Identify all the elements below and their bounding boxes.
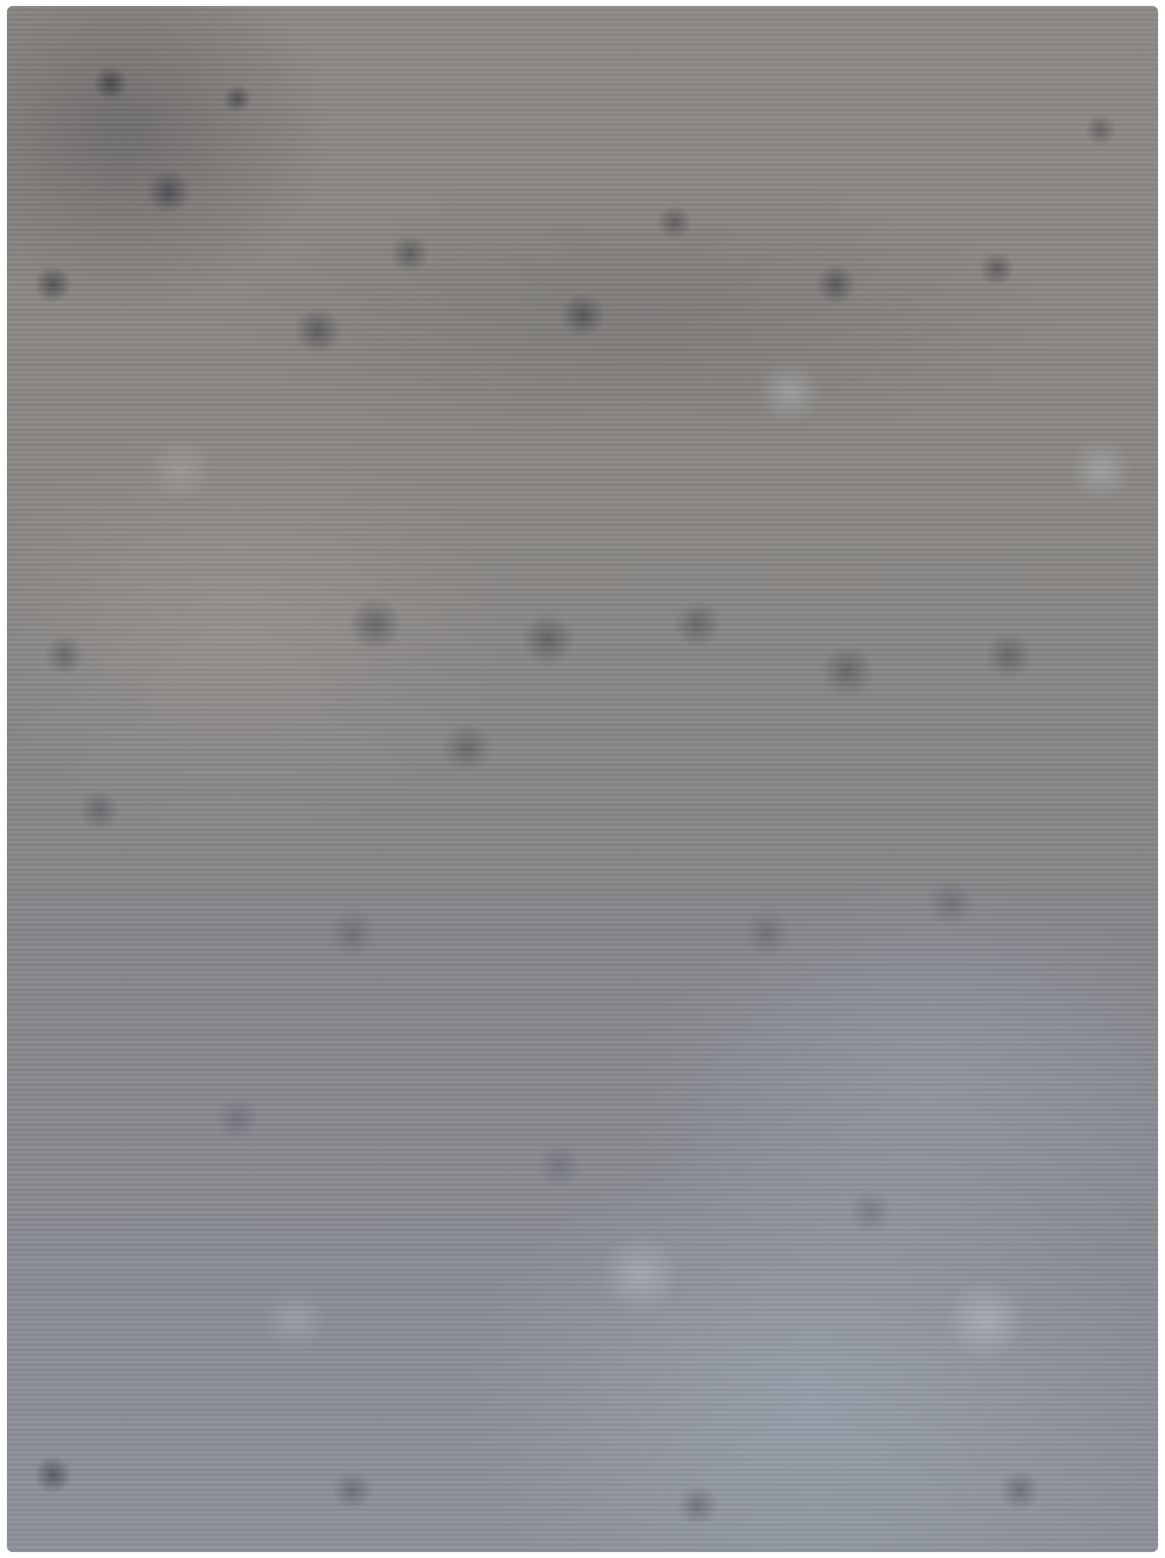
rug-weave-streaks — [7, 6, 1158, 1552]
rug-photo — [7, 6, 1158, 1552]
